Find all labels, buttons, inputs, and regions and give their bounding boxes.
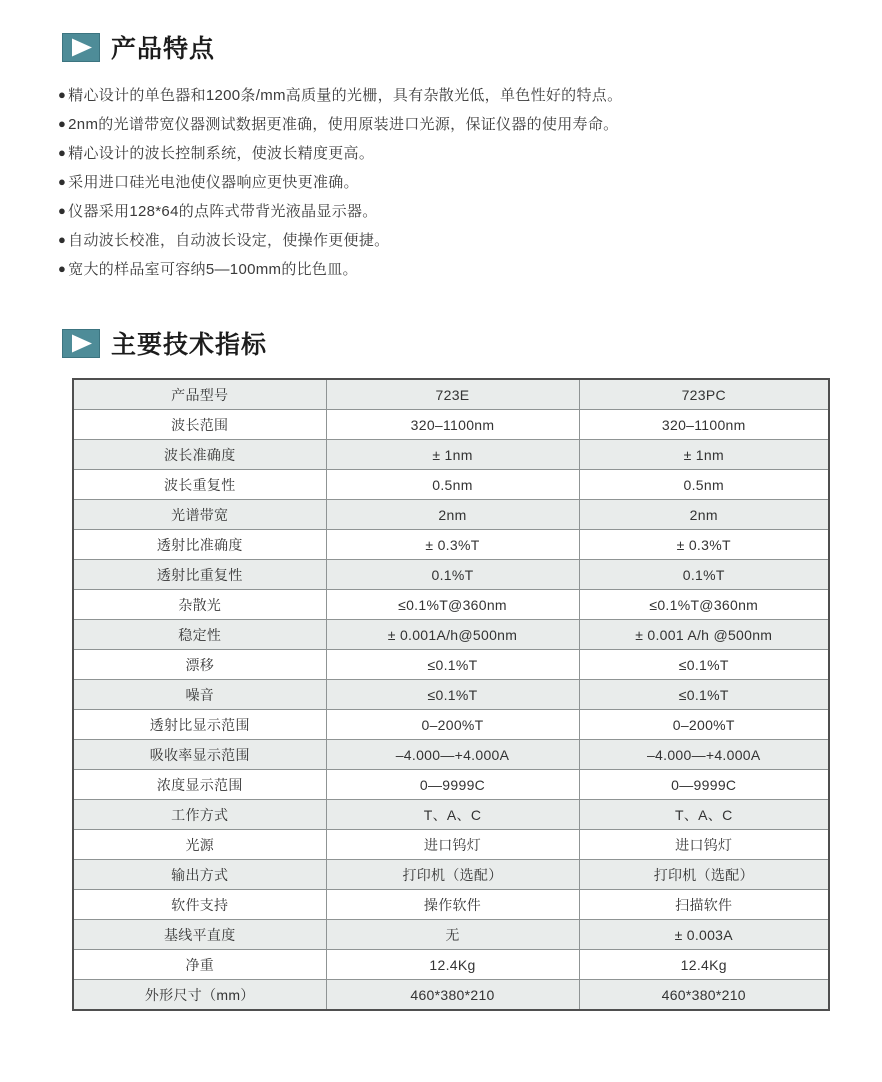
feature-text: 宽大的样品室可容纳5—100mm的比色皿。 [68,258,358,279]
features-section-title: 产品特点 [111,29,215,65]
spec-value-cell: 操作软件 [326,890,579,920]
feature-text: 精心设计的单色器和1200条/mm高质量的光栅，具有杂散光低，单色性好的特点。 [68,84,622,105]
table-row: 波长范围320–1100nm320–1100nm [73,410,829,440]
spec-value-cell: 2nm [326,500,579,530]
bullet-icon: ● [58,261,66,276]
spec-param-cell: 波长重复性 [73,470,326,500]
feature-item: ●采用进口硅光电池使仪器响应更快更准确。 [58,167,798,196]
spec-value-cell: ≤0.1%T [579,680,829,710]
table-row: 透射比重复性0.1%T0.1%T [73,560,829,590]
spec-param-cell: 输出方式 [73,860,326,890]
spec-value-cell: T、A、C [326,800,579,830]
spec-param-cell: 光源 [73,830,326,860]
spec-value-cell: 12.4Kg [579,950,829,980]
spec-value-cell: 320–1100nm [579,410,829,440]
table-row: 产品型号723E723PC [73,379,829,410]
spec-param-cell: 吸收率显示范围 [73,740,326,770]
spec-value-cell: 0—9999C [579,770,829,800]
table-row: 光谱带宽2nm2nm [73,500,829,530]
spec-param-cell: 光谱带宽 [73,500,326,530]
table-row: 光源进口钨灯进口钨灯 [73,830,829,860]
feature-item: ●自动波长校准，自动波长设定，使操作更便捷。 [58,225,798,254]
spec-value-cell: 0–200%T [326,710,579,740]
spec-value-cell: 2nm [579,500,829,530]
spec-value-cell: ± 0.3%T [579,530,829,560]
spec-value-cell: 进口钨灯 [579,830,829,860]
product-spec-page: 产品特点 ●精心设计的单色器和1200条/mm高质量的光栅，具有杂散光低，单色性… [0,0,882,1082]
table-row: 基线平直度无± 0.003A [73,920,829,950]
feature-item: ●仪器采用128*64的点阵式带背光液晶显示器。 [58,196,798,225]
play-triangle-icon [62,33,100,62]
table-row: 透射比显示范围0–200%T0–200%T [73,710,829,740]
bullet-icon: ● [58,87,66,102]
spec-value-cell: ≤0.1%T@360nm [326,590,579,620]
spec-value-cell: 0.1%T [579,560,829,590]
spec-value-cell: T、A、C [579,800,829,830]
table-row: 净重12.4Kg12.4Kg [73,950,829,980]
feature-text: 采用进口硅光电池使仪器响应更快更准确。 [68,171,359,192]
spec-param-cell: 噪音 [73,680,326,710]
specs-section-title: 主要技术指标 [111,325,267,361]
spec-value-cell: ± 1nm [326,440,579,470]
feature-text: 精心设计的波长控制系统，使波长精度更高。 [68,142,374,163]
spec-param-cell: 软件支持 [73,890,326,920]
spec-param-cell: 波长准确度 [73,440,326,470]
table-row: 工作方式T、A、CT、A、C [73,800,829,830]
spec-param-cell: 浓度显示范围 [73,770,326,800]
spec-value-cell: –4.000—+4.000A [326,740,579,770]
spec-param-cell: 波长范围 [73,410,326,440]
spec-value-cell: 12.4Kg [326,950,579,980]
spec-value-cell: ≤0.1%T [579,650,829,680]
spec-value-cell: ± 0.001 A/h @500nm [579,620,829,650]
spec-value-cell: 460*380*210 [326,980,579,1011]
feature-text: 仪器采用128*64的点阵式带背光液晶显示器。 [68,200,377,221]
feature-text: 自动波长校准，自动波长设定，使操作更便捷。 [68,229,389,250]
spec-param-cell: 漂移 [73,650,326,680]
spec-param-cell: 净重 [73,950,326,980]
spec-value-cell: 扫描软件 [579,890,829,920]
table-row: 噪音≤0.1%T≤0.1%T [73,680,829,710]
spec-value-cell: 0.5nm [579,470,829,500]
bullet-icon: ● [58,203,66,218]
table-row: 输出方式打印机（选配）打印机（选配） [73,860,829,890]
table-row: 浓度显示范围0—9999C0—9999C [73,770,829,800]
spec-value-cell: 无 [326,920,579,950]
table-row: 外形尺寸（mm）460*380*210460*380*210 [73,980,829,1011]
spec-param-cell: 透射比显示范围 [73,710,326,740]
spec-value-cell: 320–1100nm [326,410,579,440]
spec-param-cell: 产品型号 [73,379,326,410]
table-row: 波长准确度± 1nm± 1nm [73,440,829,470]
table-row: 吸收率显示范围–4.000—+4.000A–4.000—+4.000A [73,740,829,770]
features-list: ●精心设计的单色器和1200条/mm高质量的光栅，具有杂散光低，单色性好的特点。… [58,80,798,283]
table-row: 稳定性± 0.001A/h@500nm± 0.001 A/h @500nm [73,620,829,650]
spec-param-cell: 稳定性 [73,620,326,650]
spec-value-cell: 0.1%T [326,560,579,590]
spec-value-cell: 打印机（选配） [326,860,579,890]
table-row: 杂散光≤0.1%T@360nm≤0.1%T@360nm [73,590,829,620]
spec-value-cell: ≤0.1%T [326,650,579,680]
spec-value-cell: ± 0.003A [579,920,829,950]
spec-value-cell: ± 0.001A/h@500nm [326,620,579,650]
feature-item: ●2nm的光谱带宽仪器测试数据更准确，使用原装进口光源，保证仪器的使用寿命。 [58,109,798,138]
spec-value-cell: 460*380*210 [579,980,829,1011]
table-row: 软件支持操作软件扫描软件 [73,890,829,920]
spec-param-cell: 透射比准确度 [73,530,326,560]
specs-table: 产品型号723E723PC波长范围320–1100nm320–1100nm波长准… [72,378,830,1011]
spec-value-cell: 0.5nm [326,470,579,500]
spec-value-cell: 723E [326,379,579,410]
spec-value-cell: ≤0.1%T [326,680,579,710]
bullet-icon: ● [58,116,66,131]
table-row: 透射比准确度± 0.3%T± 0.3%T [73,530,829,560]
table-row: 波长重复性0.5nm0.5nm [73,470,829,500]
bullet-icon: ● [58,145,66,160]
spec-param-cell: 基线平直度 [73,920,326,950]
bullet-icon: ● [58,232,66,247]
spec-param-cell: 透射比重复性 [73,560,326,590]
spec-value-cell: ± 1nm [579,440,829,470]
spec-value-cell: –4.000—+4.000A [579,740,829,770]
spec-value-cell: 打印机（选配） [579,860,829,890]
spec-value-cell: ≤0.1%T@360nm [579,590,829,620]
features-section-header: 产品特点 [62,29,215,65]
bullet-icon: ● [58,174,66,189]
specs-section-header: 主要技术指标 [62,325,267,361]
spec-value-cell: 进口钨灯 [326,830,579,860]
spec-param-cell: 工作方式 [73,800,326,830]
table-row: 漂移≤0.1%T≤0.1%T [73,650,829,680]
feature-item: ●宽大的样品室可容纳5—100mm的比色皿。 [58,254,798,283]
spec-value-cell: 0—9999C [326,770,579,800]
spec-value-cell: 0–200%T [579,710,829,740]
spec-value-cell: 723PC [579,379,829,410]
spec-value-cell: ± 0.3%T [326,530,579,560]
feature-text: 2nm的光谱带宽仪器测试数据更准确，使用原装进口光源，保证仪器的使用寿命。 [68,113,618,134]
feature-item: ●精心设计的单色器和1200条/mm高质量的光栅，具有杂散光低，单色性好的特点。 [58,80,798,109]
feature-item: ●精心设计的波长控制系统，使波长精度更高。 [58,138,798,167]
play-triangle-icon [62,329,100,358]
spec-param-cell: 杂散光 [73,590,326,620]
spec-param-cell: 外形尺寸（mm） [73,980,326,1011]
